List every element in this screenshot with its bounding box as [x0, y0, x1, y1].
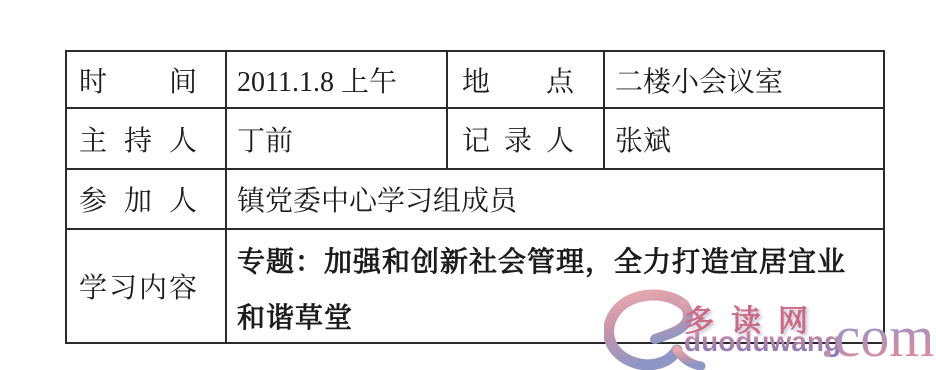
- time-value-cell: 2011.1.8 上午: [225, 52, 446, 107]
- recorder-value: 张斌: [615, 119, 671, 159]
- recorder-label: 记录人: [462, 119, 574, 159]
- host-value-cell: 丁前: [225, 107, 446, 168]
- host-label-cell: 主持人: [67, 107, 225, 168]
- time-label: 时间: [79, 60, 197, 100]
- participants-value: 镇党委中心学习组成员: [237, 179, 517, 219]
- participants-label-cell: 参加人: [67, 168, 225, 228]
- location-label: 地点: [462, 60, 574, 100]
- time-value: 2011.1.8 上午: [237, 60, 397, 100]
- study-content-value-cell: 专题：加强和创新社会管理，全力打造宜居宜业 和谐草堂: [225, 228, 883, 342]
- document-page: 时间 2011.1.8 上午 地点 二楼小会议室 主持人 丁前 记录人 张斌 参…: [0, 0, 936, 370]
- location-value-cell: 二楼小会议室: [603, 52, 883, 107]
- participants-value-cell: 镇党委中心学习组成员: [225, 168, 883, 228]
- location-label-cell: 地点: [446, 52, 603, 107]
- study-content-line2: 和谐草堂: [237, 288, 883, 342]
- study-content-label-cell: 学习内容: [67, 228, 225, 342]
- meeting-record-table: 时间 2011.1.8 上午 地点 二楼小会议室 主持人 丁前 记录人 张斌 参…: [65, 50, 885, 344]
- participants-label: 参加人: [79, 179, 197, 219]
- study-content-line1: 专题：加强和创新社会管理，全力打造宜居宜业: [237, 232, 883, 288]
- recorder-label-cell: 记录人: [446, 107, 603, 168]
- time-label-cell: 时间: [67, 52, 225, 107]
- location-value: 二楼小会议室: [615, 60, 783, 100]
- host-value: 丁前: [237, 119, 293, 159]
- recorder-value-cell: 张斌: [603, 107, 883, 168]
- host-label: 主持人: [79, 119, 197, 159]
- study-content-label: 学习内容: [79, 266, 197, 306]
